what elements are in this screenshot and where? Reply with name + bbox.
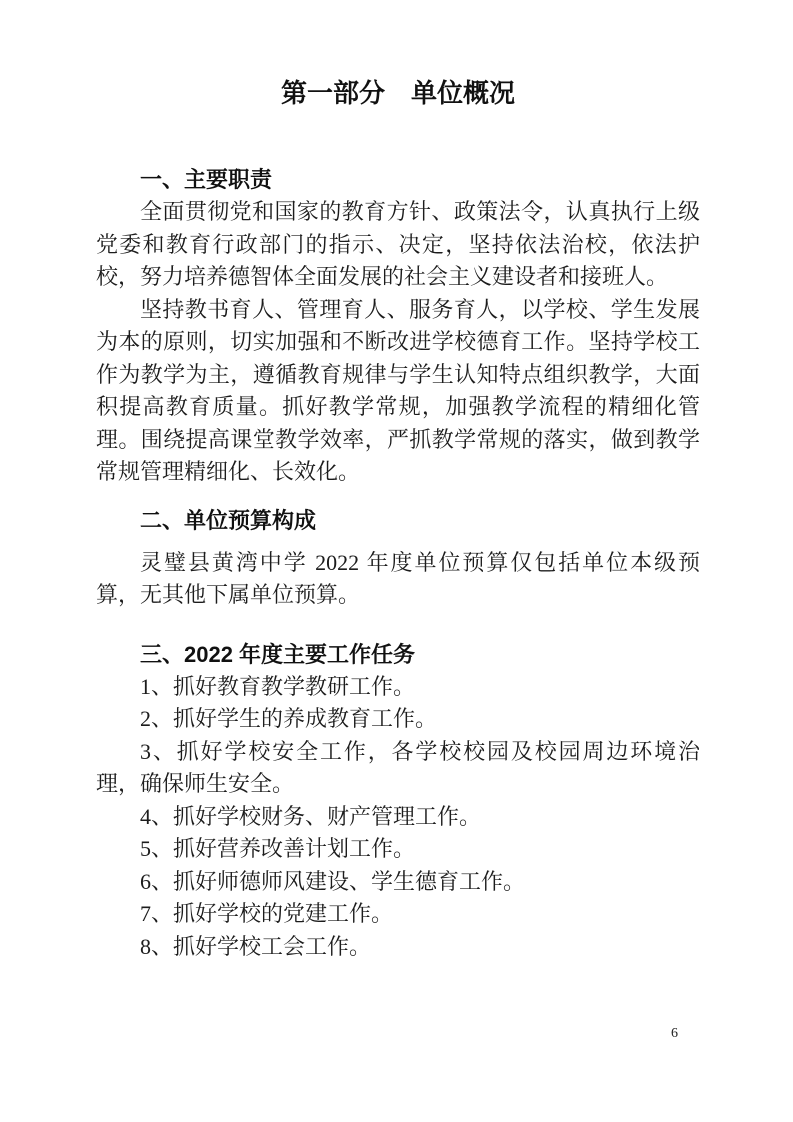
task-item-4: 4、抓好学校财务、财产管理工作。 bbox=[96, 801, 700, 834]
paragraph-budget: 灵璧县黄湾中学 2022 年度单位预算仅包括单位本级预算，无其他下属单位预算。 bbox=[96, 547, 700, 612]
task-item-1: 1、抓好教育教学教研工作。 bbox=[96, 671, 700, 704]
paragraph-duties-1: 全面贯彻党和国家的教育方针、政策法令，认真执行上级党委和教育行政部门的指示、决定… bbox=[96, 196, 700, 294]
document-page: 第一部分 单位概况 一、主要职责 全面贯彻党和国家的教育方针、政策法令，认真执行… bbox=[0, 0, 793, 1122]
section-budget-composition: 二、单位预算构成 灵璧县黄湾中学 2022 年度单位预算仅包括单位本级预算，无其… bbox=[96, 504, 700, 612]
section-work-tasks: 三、2022 年度主要工作任务 1、抓好教育教学教研工作。 2、抓好学生的养成教… bbox=[96, 638, 700, 964]
page-title: 第一部分 单位概况 bbox=[96, 75, 700, 111]
section-main-duties: 一、主要职责 全面贯彻党和国家的教育方针、政策法令，认真执行上级党委和教育行政部… bbox=[96, 163, 700, 489]
task-item-7: 7、抓好学校的党建工作。 bbox=[96, 898, 700, 931]
task-item-2: 2、抓好学生的养成教育工作。 bbox=[96, 703, 700, 736]
page-number: 6 bbox=[671, 1026, 678, 1042]
task-item-3: 3、抓好学校安全工作，各学校校园及校园周边环境治理，确保师生安全。 bbox=[96, 736, 700, 801]
task-item-8: 8、抓好学校工会工作。 bbox=[96, 931, 700, 964]
document-content: 第一部分 单位概况 一、主要职责 全面贯彻党和国家的教育方针、政策法令，认真执行… bbox=[96, 0, 700, 963]
section-heading-work-tasks: 三、2022 年度主要工作任务 bbox=[96, 638, 700, 671]
section-heading-main-duties: 一、主要职责 bbox=[96, 163, 700, 196]
task-item-6: 6、抓好师德师风建设、学生德育工作。 bbox=[96, 866, 700, 899]
task-item-5: 5、抓好营养改善计划工作。 bbox=[96, 833, 700, 866]
paragraph-duties-2: 坚持教书育人、管理育人、服务育人，以学校、学生发展为本的原则，切实加强和不断改进… bbox=[96, 294, 700, 489]
section-heading-budget-composition: 二、单位预算构成 bbox=[96, 504, 700, 537]
